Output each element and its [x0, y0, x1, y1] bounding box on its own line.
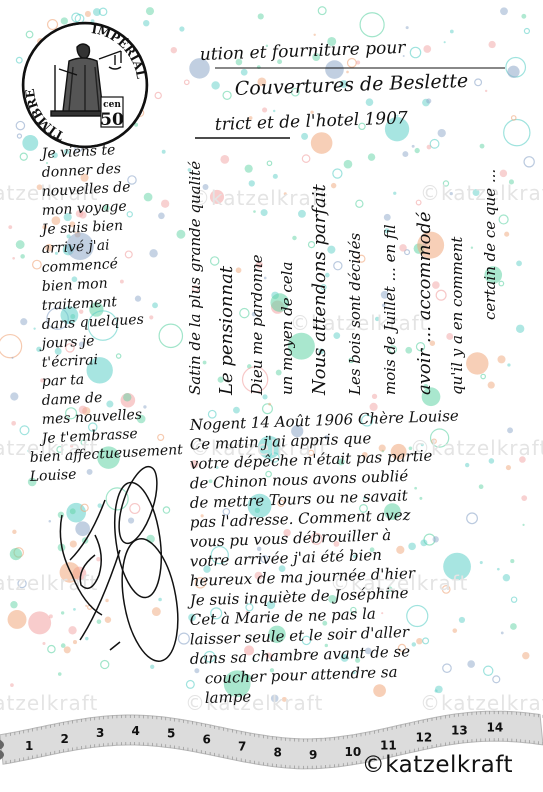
svg-text:©katzelkraft: ©katzelkraft: [190, 186, 328, 210]
stamp-artwork: ©katzelkraft©katzelkraft©katzelkraft©kat…: [0, 0, 543, 792]
ruler-mark: 4: [132, 724, 140, 738]
svg-text:Le pensionnat: Le pensionnat: [216, 265, 237, 396]
ruler-mark: 8: [274, 746, 282, 760]
svg-text:mes nouvelles: mes nouvelles: [41, 407, 142, 428]
svg-text:coucher pour attendre sa: coucher pour attendre sa: [205, 663, 398, 688]
ruler-mark: 12: [416, 730, 433, 744]
flourish-signature: [60, 462, 186, 665]
svg-text:Je viens te: Je viens te: [38, 142, 115, 162]
ruler-mark: 9: [309, 748, 317, 762]
ruler-mark: 3: [96, 726, 104, 740]
svg-text:Je suis bien: Je suis bien: [38, 218, 123, 238]
svg-text:trict et de l'hotel 1907: trict et de l'hotel 1907: [214, 108, 408, 135]
svg-text:par ta: par ta: [41, 372, 84, 390]
svg-text:Je t'embrasse: Je t'embrasse: [38, 426, 138, 447]
svg-text:ution et fourniture pour: ution et fourniture pour: [199, 38, 406, 65]
svg-text:Nous attendons parfait: Nous attendons parfait: [309, 183, 330, 396]
left-column-script: Je viens tedonner desnouvelles demon voy…: [28, 142, 183, 485]
ruler-mark: 7: [238, 740, 246, 754]
ruler-mark: 13: [451, 724, 468, 738]
svg-text:©katzelkraft: ©katzelkraft: [0, 691, 98, 715]
svg-text:Louise: Louise: [28, 467, 76, 485]
svg-text:lampe: lampe: [205, 687, 252, 707]
svg-text:Dieu me pardonne: Dieu me pardonne: [248, 254, 266, 396]
svg-text:certain de ce que ...: certain de ce que ...: [481, 169, 499, 320]
brand-logo: ©katzelkraft: [362, 752, 513, 778]
svg-text:commencé: commencé: [41, 256, 118, 276]
seal-denomination-label: cen: [103, 100, 121, 110]
svg-text:mon voyage: mon voyage: [41, 199, 127, 219]
svg-text:Satin de la plus grande qualit: Satin de la plus grande qualité: [186, 161, 204, 395]
ruler-mark: 11: [380, 739, 397, 753]
ruler-mark: 6: [203, 732, 211, 746]
svg-text:un moyen de cela: un moyen de cela: [278, 262, 296, 395]
svg-text:Les bois sont décidés: Les bois sont décidés: [346, 232, 364, 396]
svg-text:Couvertures de Beslette: Couvertures de Beslette: [234, 70, 468, 100]
svg-text:arrivé j'ai: arrivé j'ai: [41, 237, 110, 257]
svg-text:donner des: donner des: [41, 161, 121, 181]
svg-text:nouvelles de: nouvelles de: [41, 179, 130, 200]
svg-text:avoir ... accommodé: avoir ... accommodé: [414, 211, 435, 395]
letter-script: Nogent 14 Août 1906 Chère LouiseCe matin…: [187, 407, 460, 707]
svg-text:qu'il y a en comment: qu'il y a en comment: [448, 236, 466, 395]
svg-text:©katzelkraft: ©katzelkraft: [0, 571, 98, 595]
timbre-imperial-seal: TIMBRE IMPÉRIAL cen 50: [23, 22, 148, 147]
svg-text:bien mon: bien mon: [41, 276, 108, 295]
ruler-mark: 2: [61, 732, 69, 746]
svg-text:dame de: dame de: [41, 390, 102, 409]
svg-text:jours je: jours je: [38, 333, 95, 352]
svg-text:dans quelques: dans quelques: [41, 312, 144, 333]
ruler-mark: 10: [345, 745, 362, 759]
ruler-mark: 5: [167, 726, 175, 740]
ruler-mark: 14: [487, 720, 504, 734]
svg-text:mois de Juillet ... en fil: mois de Juillet ... en fil: [381, 224, 399, 395]
stamp-sheet: ©katzelkraft©katzelkraft©katzelkraft©kat…: [0, 0, 543, 792]
ruler-mark: 1: [25, 739, 33, 753]
seal-denomination-value: 50: [100, 110, 124, 130]
svg-text:t'écrirai: t'écrirai: [41, 352, 98, 371]
